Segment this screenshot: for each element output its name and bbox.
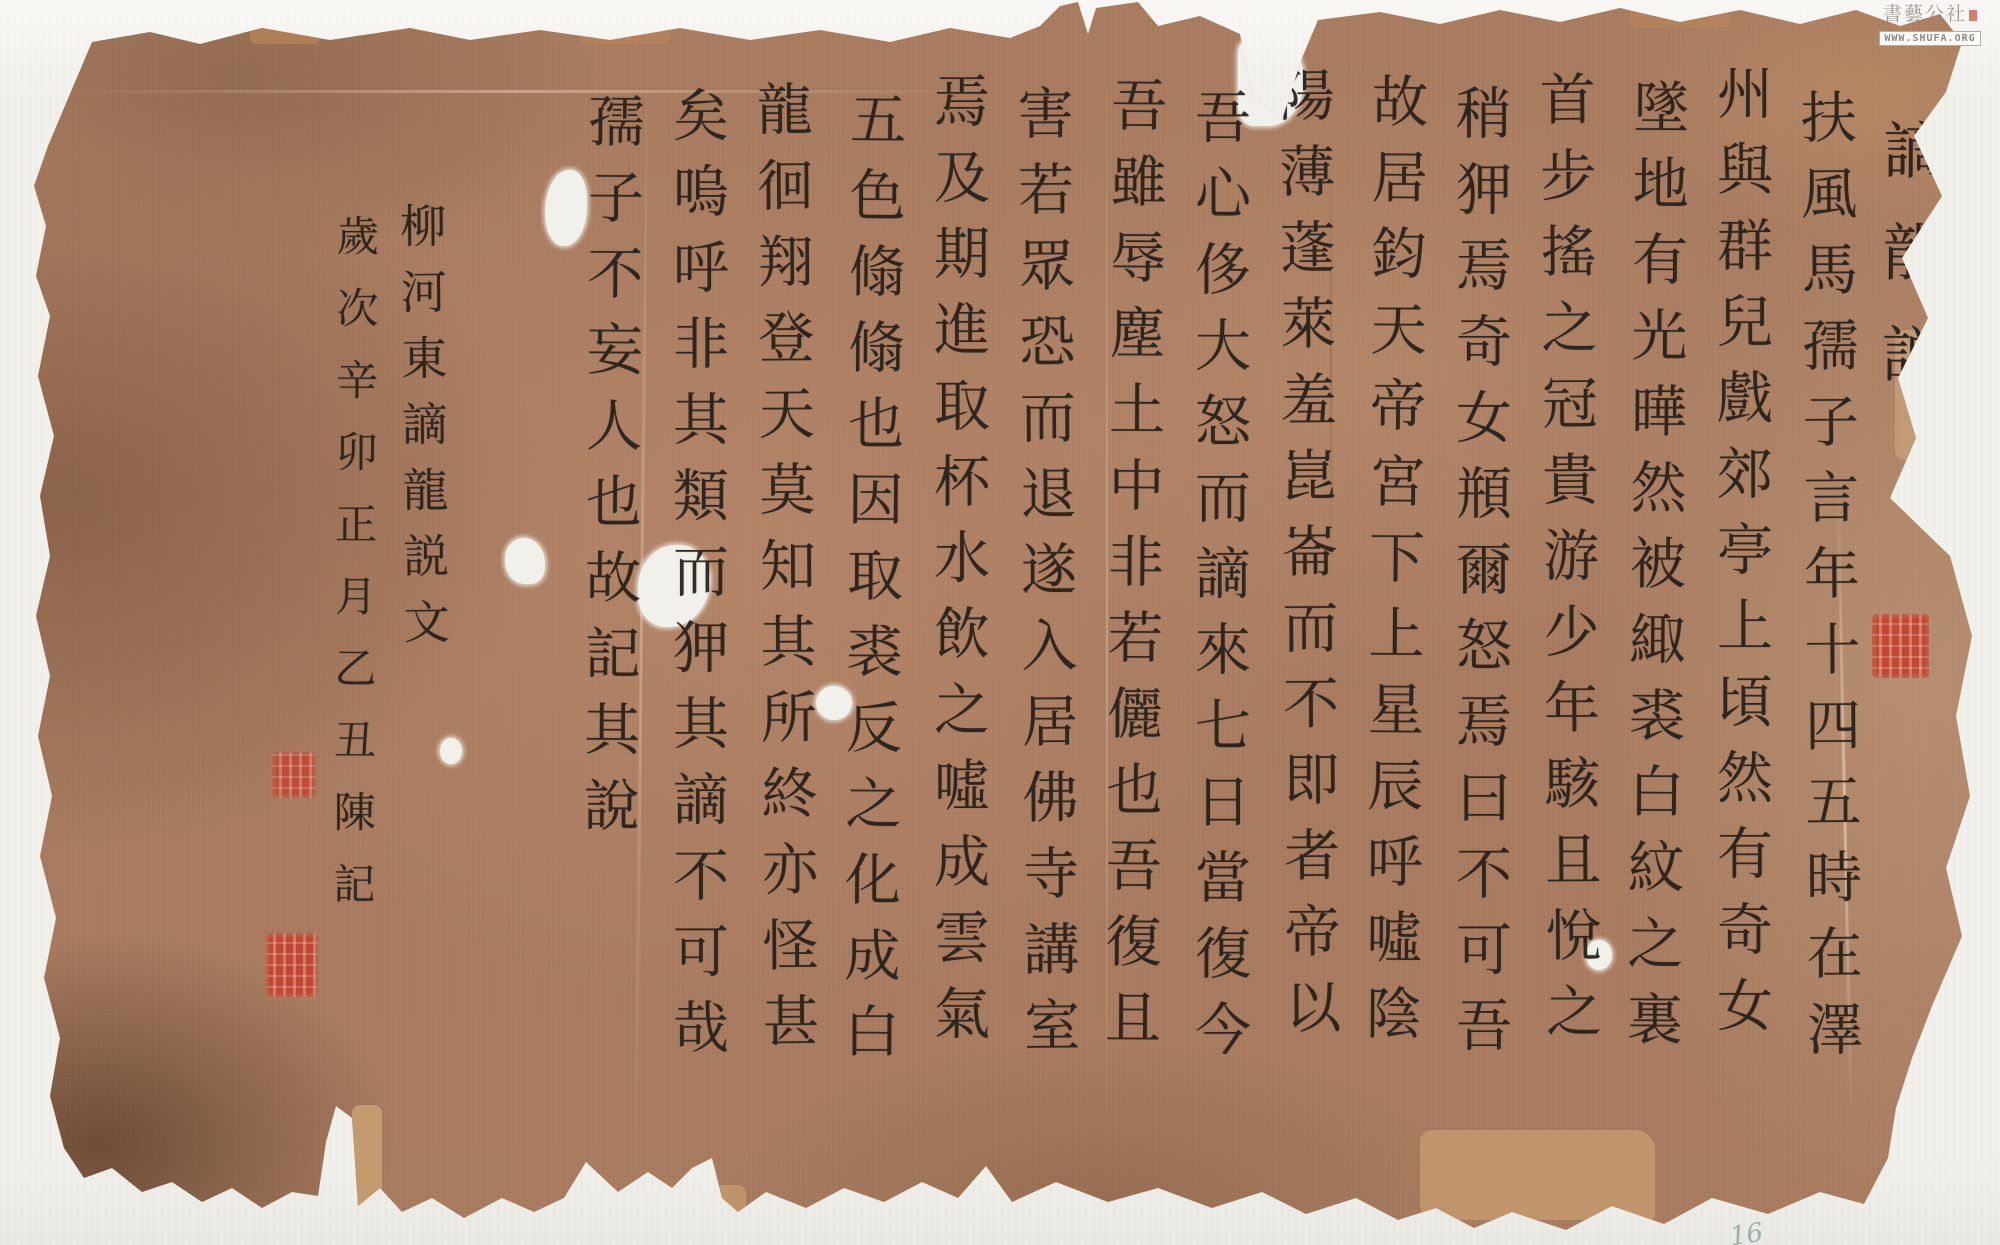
body-column-15: 孺子不妄人也故記其說 <box>566 92 651 853</box>
watermark-url: WWW.SHUFA.ORG <box>1879 31 1980 46</box>
body-column-3: 墜地有光曄然被緅裘白紋之裏 <box>1610 78 1697 1067</box>
red-seal-left-upper <box>272 752 316 798</box>
body-column-14: 矣嗚呼非其類而狎其謫不可哉 <box>656 86 736 1074</box>
body-column-10: 害若眾恐而退遂入居佛寺講室 <box>1001 84 1088 1073</box>
watermark-red-seal-icon <box>1969 10 1977 21</box>
body-column-2: 州與群兒戲郊亭上頃然有奇女 <box>1700 64 1780 1052</box>
paper-damage-hole <box>440 738 462 764</box>
body-column-13: 龍徊翔登天莫知其所終亦怪甚 <box>740 80 827 1069</box>
red-seal-left-lower <box>266 933 318 997</box>
colophon-column-1: 柳河東謫龍説文 <box>387 202 457 665</box>
repair-patch <box>1420 1130 1655 1220</box>
paper-damage-hole <box>505 538 545 584</box>
body-column-8: 吾心侈大怒而謫來七日當復今 <box>1178 88 1258 1076</box>
scanned-calligraphy-page: { "artwork": { "title": "謫龍説", "body_col… <box>0 0 2000 1245</box>
page-number-annotation: 16 <box>1728 1218 1765 1245</box>
site-watermark: 書藝公社 WWW.SHUFA.ORG <box>1862 2 1998 46</box>
body-column-1: 扶風馬孺子言年十四五時在澤 <box>1784 88 1871 1077</box>
body-column-4: 首步搖之冠貴游少年駭且悅之 <box>1523 70 1610 1059</box>
body-column-11: 焉及期進取杯水飲之噓成雲氣 <box>917 72 997 1060</box>
watermark-brand: 書藝公社 <box>1862 2 1998 26</box>
colophon-column-2: 歲次辛卯正月乙丑陳記 <box>321 214 385 934</box>
body-column-12: 五色翛翛也因取裘反之化成白 <box>827 90 914 1079</box>
body-column-9: 吾雖辱塵土中非若儷也吾復且 <box>1088 76 1175 1065</box>
red-seal-right-margin <box>1872 614 1930 678</box>
body-column-5: 稍狎焉奇女頩爾怒焉曰不可吾 <box>1439 84 1519 1072</box>
body-column-7: 陽薄蓬萊羞崑崙而不即者帝以 <box>1262 66 1349 1055</box>
body-column-6: 故居鈞天帝宮下上星辰呼噓陰 <box>1349 72 1436 1061</box>
manuscript-paper: 謫龍説扶風馬孺子言年十四五時在澤州與群兒戲郊亭上頃然有奇女墜地有光曄然被緅裘白紋… <box>0 0 2000 1245</box>
